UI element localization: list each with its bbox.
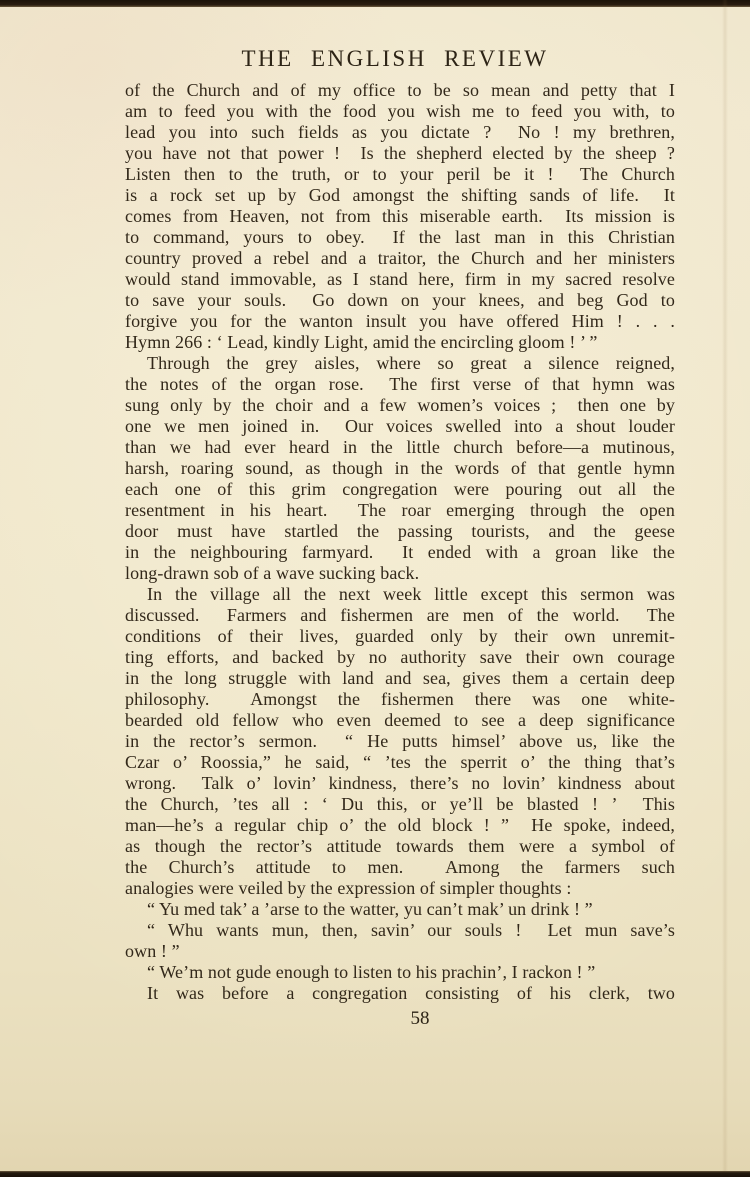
text-line: the Church, ’tes all : ‘ Du this, or ye’… [125, 794, 675, 815]
text-line: conditions of their lives, guarded only … [125, 626, 675, 647]
text-line: own ! ” [125, 941, 675, 962]
text-line: you have not that power ! Is the shepher… [125, 143, 675, 164]
page-bottom-edge [0, 1171, 750, 1177]
text-line: to save your souls. Go down on your knee… [125, 290, 675, 311]
page-title: THE ENGLISH REVIEW [40, 46, 750, 72]
text-line: Listen then to the truth, or to your per… [125, 164, 675, 185]
text-line: country proved a rebel and a traitor, th… [125, 248, 675, 269]
text-line: It was before a congregation consisting … [125, 983, 675, 1004]
text-line: bearded old fellow who even deemed to se… [125, 710, 675, 731]
text-line: in the neighbouring farmyard. It ended w… [125, 542, 675, 563]
scanned-page: THE ENGLISH REVIEW of the Church and of … [0, 0, 750, 1177]
page-number: 58 [90, 1008, 750, 1030]
text-line: each one of this grim congregation were … [125, 479, 675, 500]
text-line: the Church’s attitude to men. Among the … [125, 857, 675, 878]
text-line: as though the rector’s attitude towards … [125, 836, 675, 857]
text-line: would stand immovable, as I stand here, … [125, 269, 675, 290]
text-line: analogies were veiled by the expression … [125, 878, 675, 899]
text-line: “ Whu wants mun, then, savin’ our souls … [125, 920, 675, 941]
text-line: the notes of the organ rose. The first v… [125, 374, 675, 395]
text-line: man—he’s a regular chip o’ the old block… [125, 815, 675, 836]
text-line: harsh, roaring sound, as though in the w… [125, 458, 675, 479]
text-line: “ We’m not gude enough to listen to his … [125, 962, 675, 983]
paper-crease [722, 0, 728, 1177]
text-line: “ Yu med tak’ a ’arse to the watter, yu … [125, 899, 675, 920]
text-line: am to feed you with the food you wish me… [125, 101, 675, 122]
text-line: one we men joined in. Our voices swelled… [125, 416, 675, 437]
text-line: resentment in his heart. The roar emergi… [125, 500, 675, 521]
text-line: comes from Heaven, not from this miserab… [125, 206, 675, 227]
text-line: door must have startled the passing tour… [125, 521, 675, 542]
text-line: discussed. Farmers and fishermen are men… [125, 605, 675, 626]
text-line: is a rock set up by God amongst the shif… [125, 185, 675, 206]
text-line: long-drawn sob of a wave sucking back. [125, 563, 675, 584]
text-line: philosophy. Amongst the fishermen there … [125, 689, 675, 710]
text-line: Through the grey aisles, where so great … [125, 353, 675, 374]
text-line: to command, yours to obey. If the last m… [125, 227, 675, 248]
text-line: In the village all the next week little … [125, 584, 675, 605]
text-line: forgive you for the wanton insult you ha… [125, 311, 675, 332]
text-line: Hymn 266 : ‘ Lead, kindly Light, amid th… [125, 332, 675, 353]
text-line: wrong. Talk o’ lovin’ kindness, there’s … [125, 773, 675, 794]
body-text: of the Church and of my office to be so … [125, 80, 675, 1004]
text-line: in the rector’s sermon. “ He putts himse… [125, 731, 675, 752]
text-line: lead you into such fields as you dictate… [125, 122, 675, 143]
text-line: of the Church and of my office to be so … [125, 80, 675, 101]
text-line: ting efforts, and backed by no authority… [125, 647, 675, 668]
text-line: Czar o’ Roossia,” he said, “ ’tes the sp… [125, 752, 675, 773]
text-line: than we had ever heard in the little chu… [125, 437, 675, 458]
page-top-edge [0, 0, 750, 7]
text-line: sung only by the choir and a few women’s… [125, 395, 675, 416]
text-line: in the long struggle with land and sea, … [125, 668, 675, 689]
